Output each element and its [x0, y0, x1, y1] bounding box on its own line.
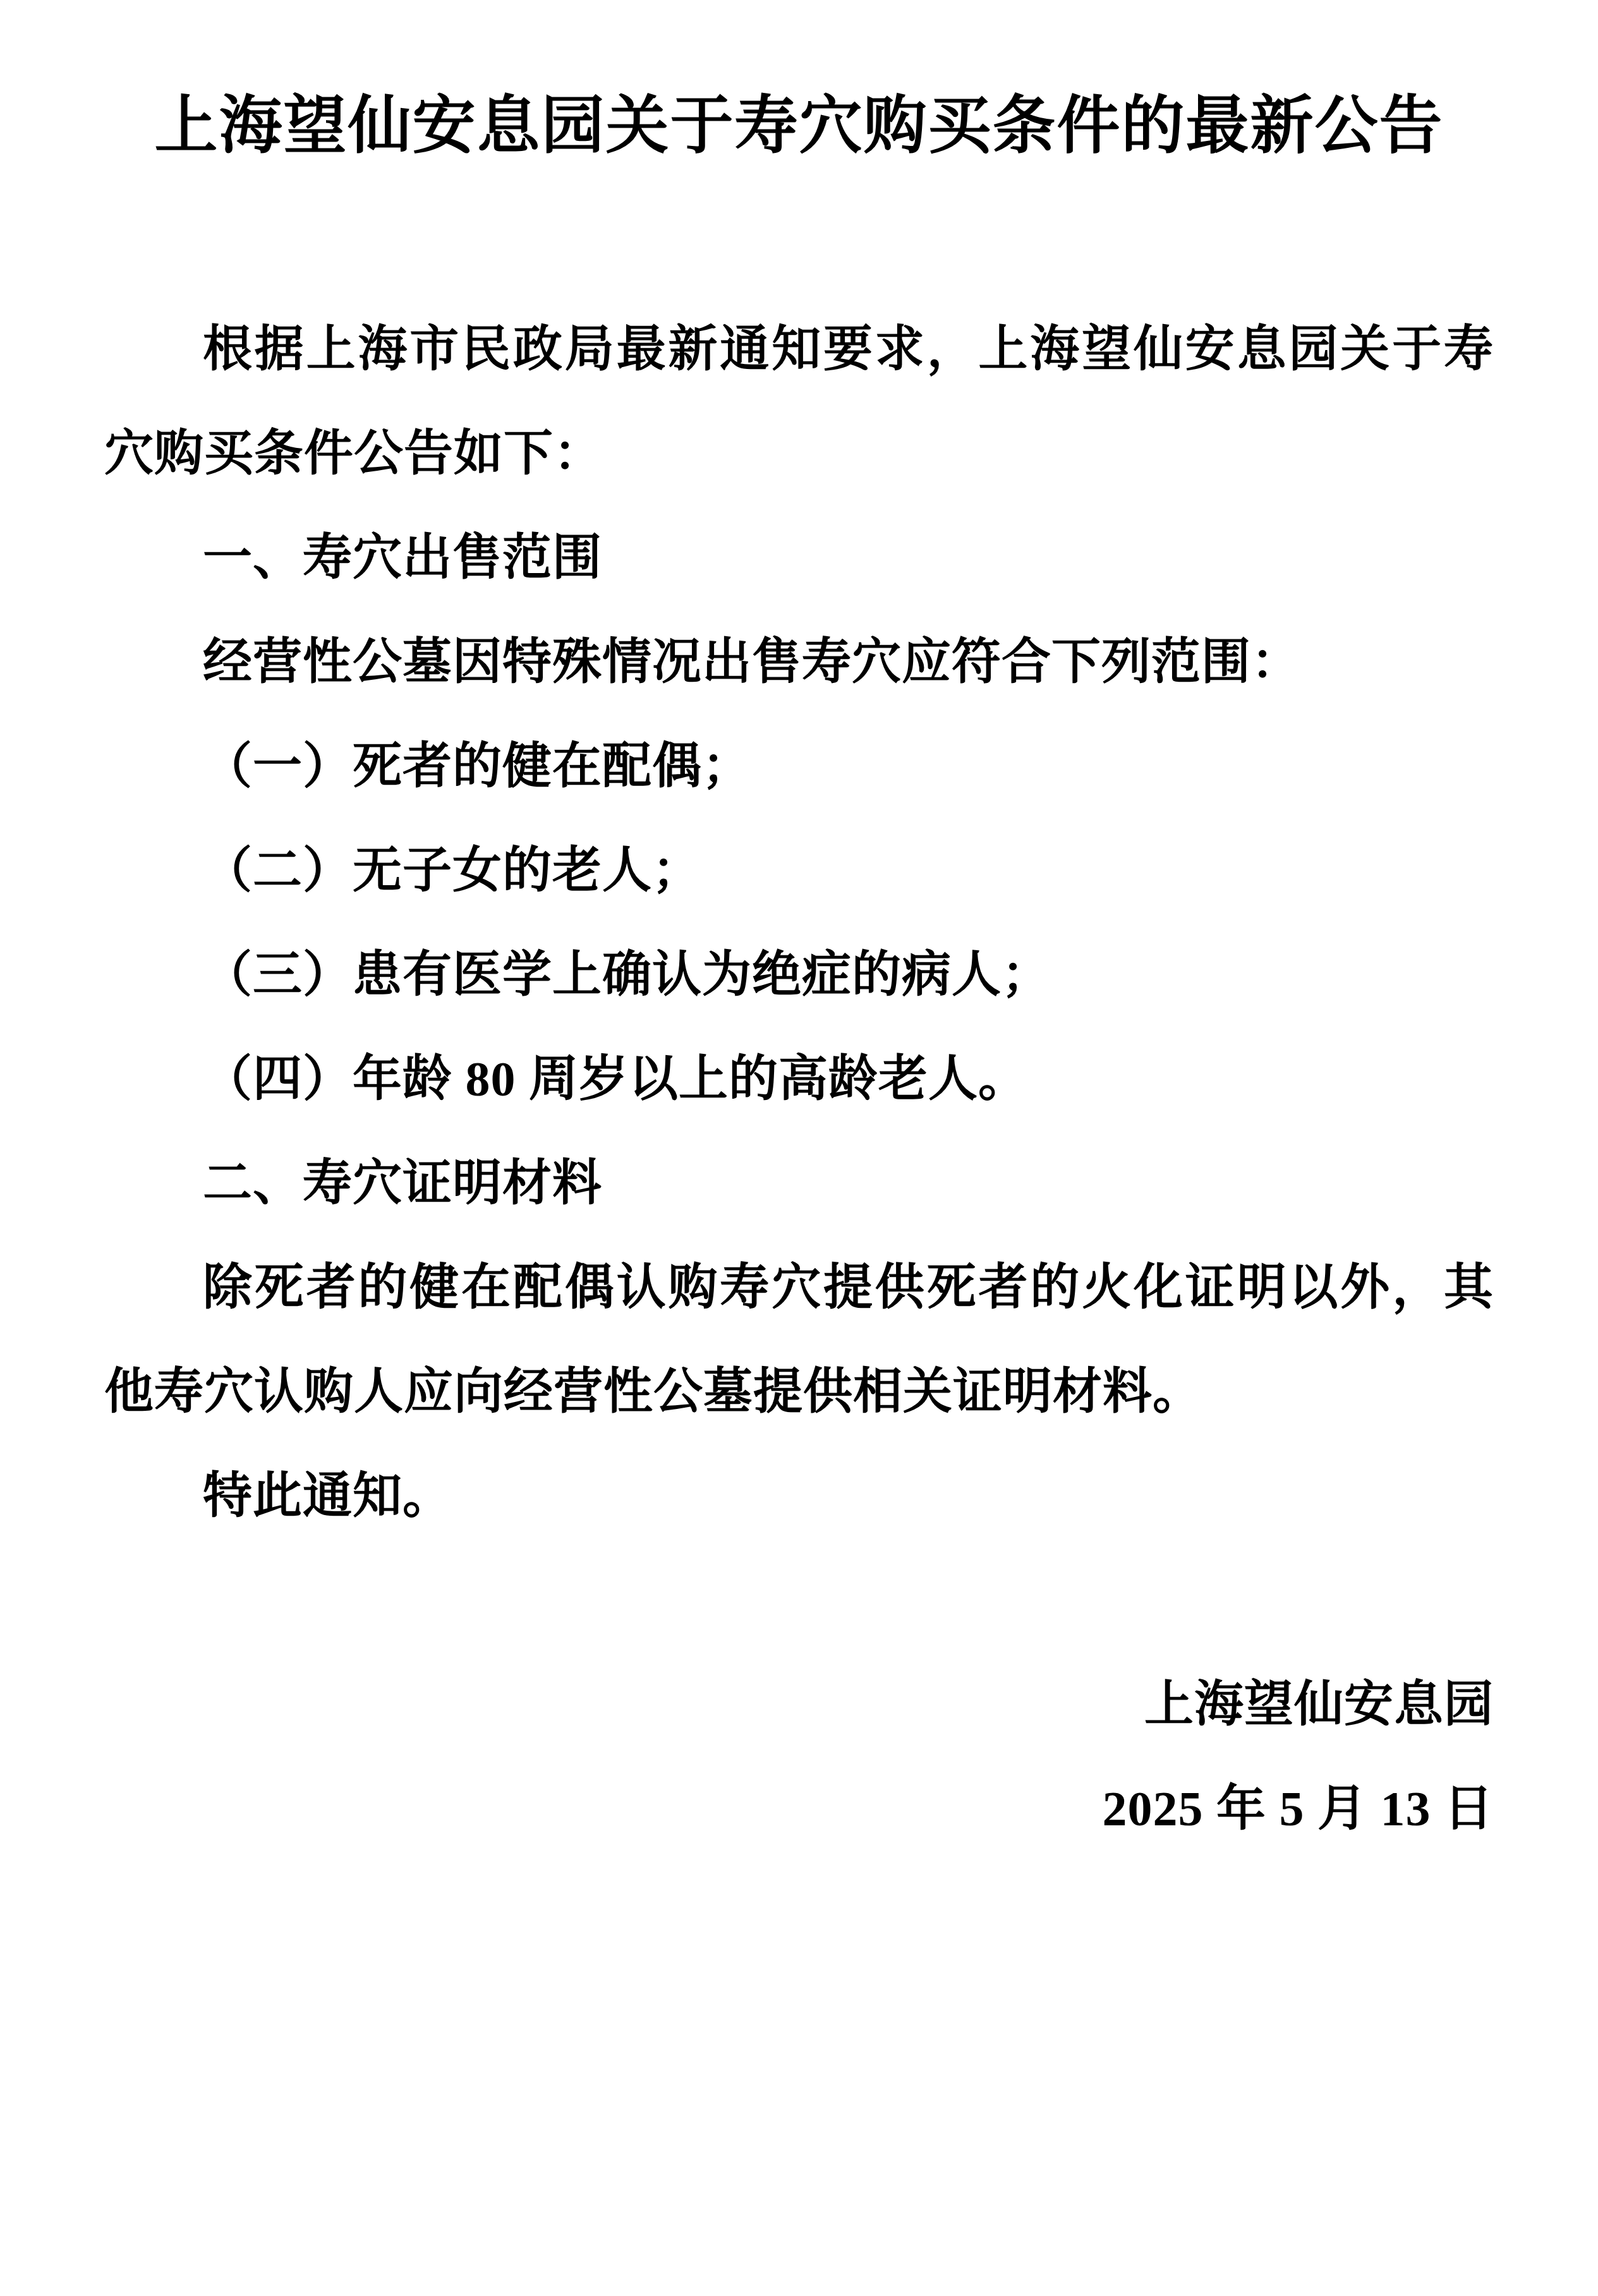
section-1-heading: 一、寿穴出售范围 — [104, 505, 1494, 610]
section-2-heading: 二、寿穴证明材料 — [104, 1131, 1494, 1235]
signature: 上海望仙安息园 — [104, 1652, 1494, 1756]
section-1-intro: 经营性公墓因特殊情况出售寿穴应符合下列范围： — [104, 610, 1494, 714]
announcement-page: 上海望仙安息园关于寿穴购买条件的最新公告 根据上海市民政局最新通知要求，上海望仙… — [0, 0, 1598, 2296]
list-item-3: （三）患有医学上确认为绝症的病人； — [104, 922, 1494, 1027]
signature-block: 上海望仙安息园 2025 年 5 月 13 日 — [104, 1652, 1494, 1861]
list-item-1: （一）死者的健在配偶； — [104, 714, 1494, 818]
page-title: 上海望仙安息园关于寿穴购买条件的最新公告 — [104, 76, 1494, 177]
closing-notice: 特此通知。 — [104, 1444, 1494, 1548]
section-2-body: 除死者的健在配偶认购寿穴提供死者的火化证明以外，其他寿穴认购人应向经营性公墓提供… — [104, 1235, 1494, 1444]
list-item-4: （四）年龄 80 周岁以上的高龄老人。 — [104, 1027, 1494, 1131]
list-item-2: （二）无子女的老人； — [104, 818, 1494, 922]
intro-paragraph: 根据上海市民政局最新通知要求，上海望仙安息园关于寿穴购买条件公告如下： — [104, 297, 1494, 505]
date: 2025 年 5 月 13 日 — [104, 1756, 1494, 1861]
